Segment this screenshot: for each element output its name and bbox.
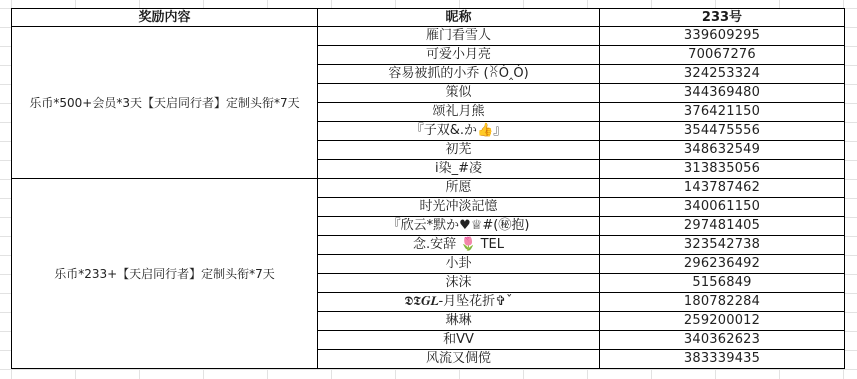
- id-cell[interactable]: 296236492: [600, 255, 845, 274]
- nickname-cell[interactable]: 雁门看雪人: [318, 27, 600, 46]
- header-nickname[interactable]: 昵称: [318, 9, 600, 27]
- id-cell[interactable]: 339609295: [600, 27, 845, 46]
- id-cell[interactable]: 259200012: [600, 312, 845, 331]
- nickname-cell[interactable]: 所愿: [318, 179, 600, 198]
- nickname-cell[interactable]: 𝕯𝕿𝑮𝑳-月坠花折✞ˇ: [318, 293, 600, 312]
- nickname-cell[interactable]: 念.安辞 🌷 TEL: [318, 236, 600, 255]
- id-cell[interactable]: 340061150: [600, 198, 845, 217]
- reward-cell-group-1[interactable]: 乐币*500+会员*3天【天启同行者】定制头衔*7天: [12, 27, 318, 179]
- id-cell[interactable]: 323542738: [600, 236, 845, 255]
- nickname-cell[interactable]: 小卦: [318, 255, 600, 274]
- id-cell[interactable]: 354475556: [600, 122, 845, 141]
- table-row: 乐币*500+会员*3天【天启同行者】定制头衔*7天 雁门看雪人 3396092…: [12, 27, 845, 46]
- id-cell[interactable]: 383339435: [600, 350, 845, 369]
- nickname-cell[interactable]: 时光冲淡記憶: [318, 198, 600, 217]
- nickname-cell[interactable]: 『子双&.か👍』: [318, 122, 600, 141]
- id-cell[interactable]: 348632549: [600, 141, 845, 160]
- nickname-cell[interactable]: 琳琳: [318, 312, 600, 331]
- header-reward[interactable]: 奖励内容: [12, 9, 318, 27]
- nickname-cell[interactable]: 容易被抓的小乔 (ꐦÒ‸Ó): [318, 65, 600, 84]
- nickname-cell[interactable]: 和VV: [318, 331, 600, 350]
- id-cell[interactable]: 5156849: [600, 274, 845, 293]
- nickname-cell[interactable]: 『欣云*默か♥♕#(㊙抱): [318, 217, 600, 236]
- id-cell[interactable]: 70067276: [600, 46, 845, 65]
- reward-cell-group-2[interactable]: 乐币*233+【天启同行者】定制头衔*7天: [12, 179, 318, 369]
- id-cell[interactable]: 376421150: [600, 103, 845, 122]
- nickname-cell[interactable]: 颂礼月熊: [318, 103, 600, 122]
- nickname-cell[interactable]: 可爱小月亮: [318, 46, 600, 65]
- table-row: 乐币*233+【天启同行者】定制头衔*7天 所愿 143787462: [12, 179, 845, 198]
- id-cell[interactable]: 143787462: [600, 179, 845, 198]
- header-id[interactable]: 233号: [600, 9, 845, 27]
- id-cell[interactable]: 313835056: [600, 160, 845, 179]
- id-cell[interactable]: 180782284: [600, 293, 845, 312]
- nickname-cell[interactable]: 策似: [318, 84, 600, 103]
- id-cell[interactable]: 344369480: [600, 84, 845, 103]
- id-cell[interactable]: 297481405: [600, 217, 845, 236]
- reward-winners-table: 奖励内容 昵称 233号 乐币*500+会员*3天【天启同行者】定制头衔*7天 …: [11, 8, 845, 369]
- header-row: 奖励内容 昵称 233号: [12, 9, 845, 27]
- id-cell[interactable]: 324253324: [600, 65, 845, 84]
- nickname-cell[interactable]: 初芜: [318, 141, 600, 160]
- id-cell[interactable]: 340362623: [600, 331, 845, 350]
- nickname-cell[interactable]: 沫沫: [318, 274, 600, 293]
- nickname-cell[interactable]: i染_#凌: [318, 160, 600, 179]
- nickname-cell[interactable]: 风流又倜傥: [318, 350, 600, 369]
